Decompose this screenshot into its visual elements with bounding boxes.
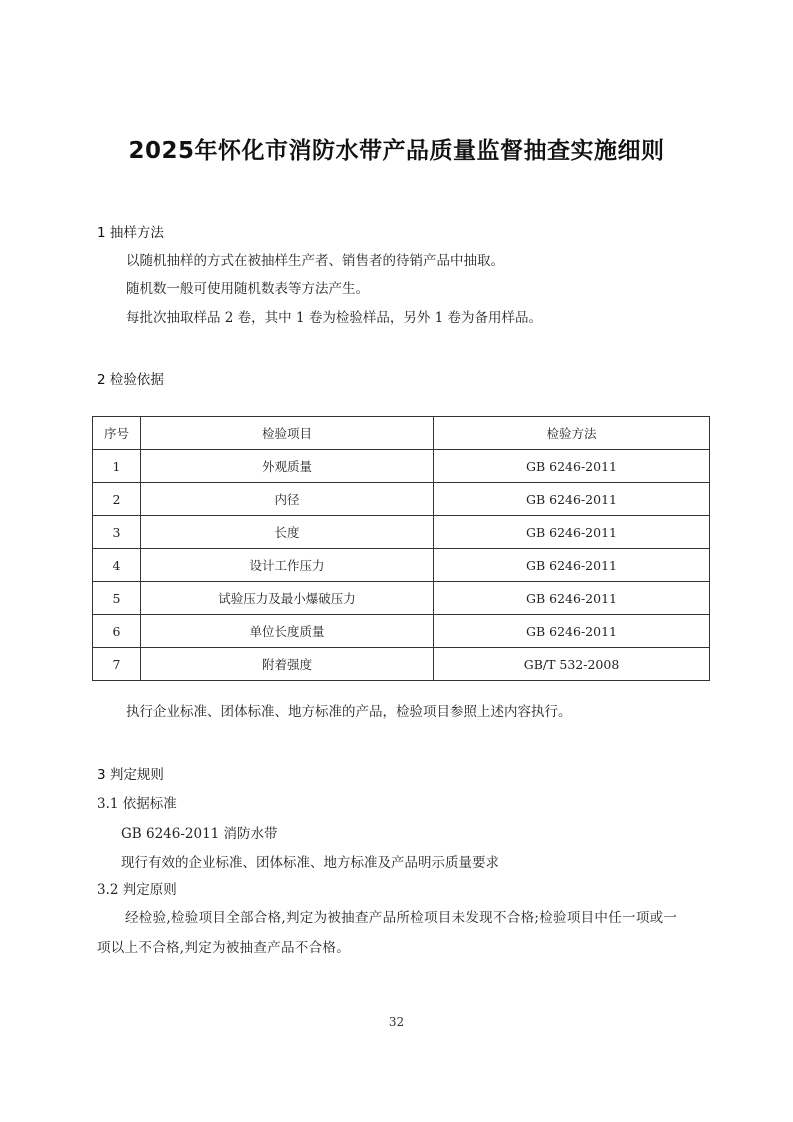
header-method: 检验方法: [434, 417, 710, 450]
section-3-2-line: 项以上不合格,判定为被抽查产品不合格。: [97, 936, 350, 956]
table-row: 7 附着强度 GB/T 532-2008: [93, 648, 710, 681]
inspection-table: 序号 检验项目 检验方法 1 外观质量 GB 6246-2011 2 内径 GB…: [92, 416, 710, 681]
section-1-paragraph: 每批次抽取样品 2 卷，其中 1 卷为检验样品，另外 1 卷为备用样品。: [126, 306, 542, 326]
section-3-1-heading: 3.1 依据标准: [97, 792, 177, 812]
section-2-note: 执行企业标准、团体标准、地方标准的产品，检验项目参照上述内容执行。: [126, 700, 572, 720]
row-item: 设计工作压力: [141, 549, 434, 582]
row-item: 试验压力及最小爆破压力: [141, 582, 434, 615]
row-index: 2: [93, 483, 141, 516]
row-index: 6: [93, 615, 141, 648]
row-item: 外观质量: [141, 450, 434, 483]
section-1-paragraph: 以随机抽样的方式在被抽样生产者、销售者的待销产品中抽取。: [126, 249, 504, 269]
row-index: 7: [93, 648, 141, 681]
table-row: 6 单位长度质量 GB 6246-2011: [93, 615, 710, 648]
section-1-paragraph: 随机数一般可使用随机数表等方法产生。: [126, 277, 369, 297]
row-item: 内径: [141, 483, 434, 516]
row-method: GB 6246-2011: [434, 450, 710, 483]
row-method: GB 6246-2011: [434, 483, 710, 516]
table-header-row: 序号 检验项目 检验方法: [93, 417, 710, 450]
section-1-heading: 1 抽样方法: [97, 221, 164, 241]
section-3-2-heading: 3.2 判定原则: [97, 878, 177, 898]
section-3-1-line: 现行有效的企业标准、团体标准、地方标准及产品明示质量要求: [121, 851, 499, 871]
table-row: 3 长度 GB 6246-2011: [93, 516, 710, 549]
table-row: 1 外观质量 GB 6246-2011: [93, 450, 710, 483]
row-item: 单位长度质量: [141, 615, 434, 648]
header-index: 序号: [93, 417, 141, 450]
page-number: 32: [0, 1015, 793, 1029]
table-row: 2 内径 GB 6246-2011: [93, 483, 710, 516]
row-index: 3: [93, 516, 141, 549]
row-index: 1: [93, 450, 141, 483]
header-item: 检验项目: [141, 417, 434, 450]
row-item: 长度: [141, 516, 434, 549]
row-method: GB 6246-2011: [434, 549, 710, 582]
row-method: GB 6246-2011: [434, 615, 710, 648]
row-method: GB/T 532-2008: [434, 648, 710, 681]
section-3-heading: 3 判定规则: [97, 763, 164, 783]
row-item: 附着强度: [141, 648, 434, 681]
section-3-1-line: GB 6246-2011 消防水带: [121, 822, 278, 842]
table-row: 5 试验压力及最小爆破压力 GB 6246-2011: [93, 582, 710, 615]
row-index: 5: [93, 582, 141, 615]
row-method: GB 6246-2011: [434, 516, 710, 549]
section-2-heading: 2 检验依据: [97, 368, 164, 388]
section-3-2-line: 经检验,检验项目全部合格,判定为被抽查产品所检项目未发现不合格;检验项目中任一项…: [125, 906, 677, 926]
document-title: 2025年怀化市消防水带产品质量监督抽查实施细则: [0, 132, 793, 165]
table-row: 4 设计工作压力 GB 6246-2011: [93, 549, 710, 582]
row-method: GB 6246-2011: [434, 582, 710, 615]
row-index: 4: [93, 549, 141, 582]
